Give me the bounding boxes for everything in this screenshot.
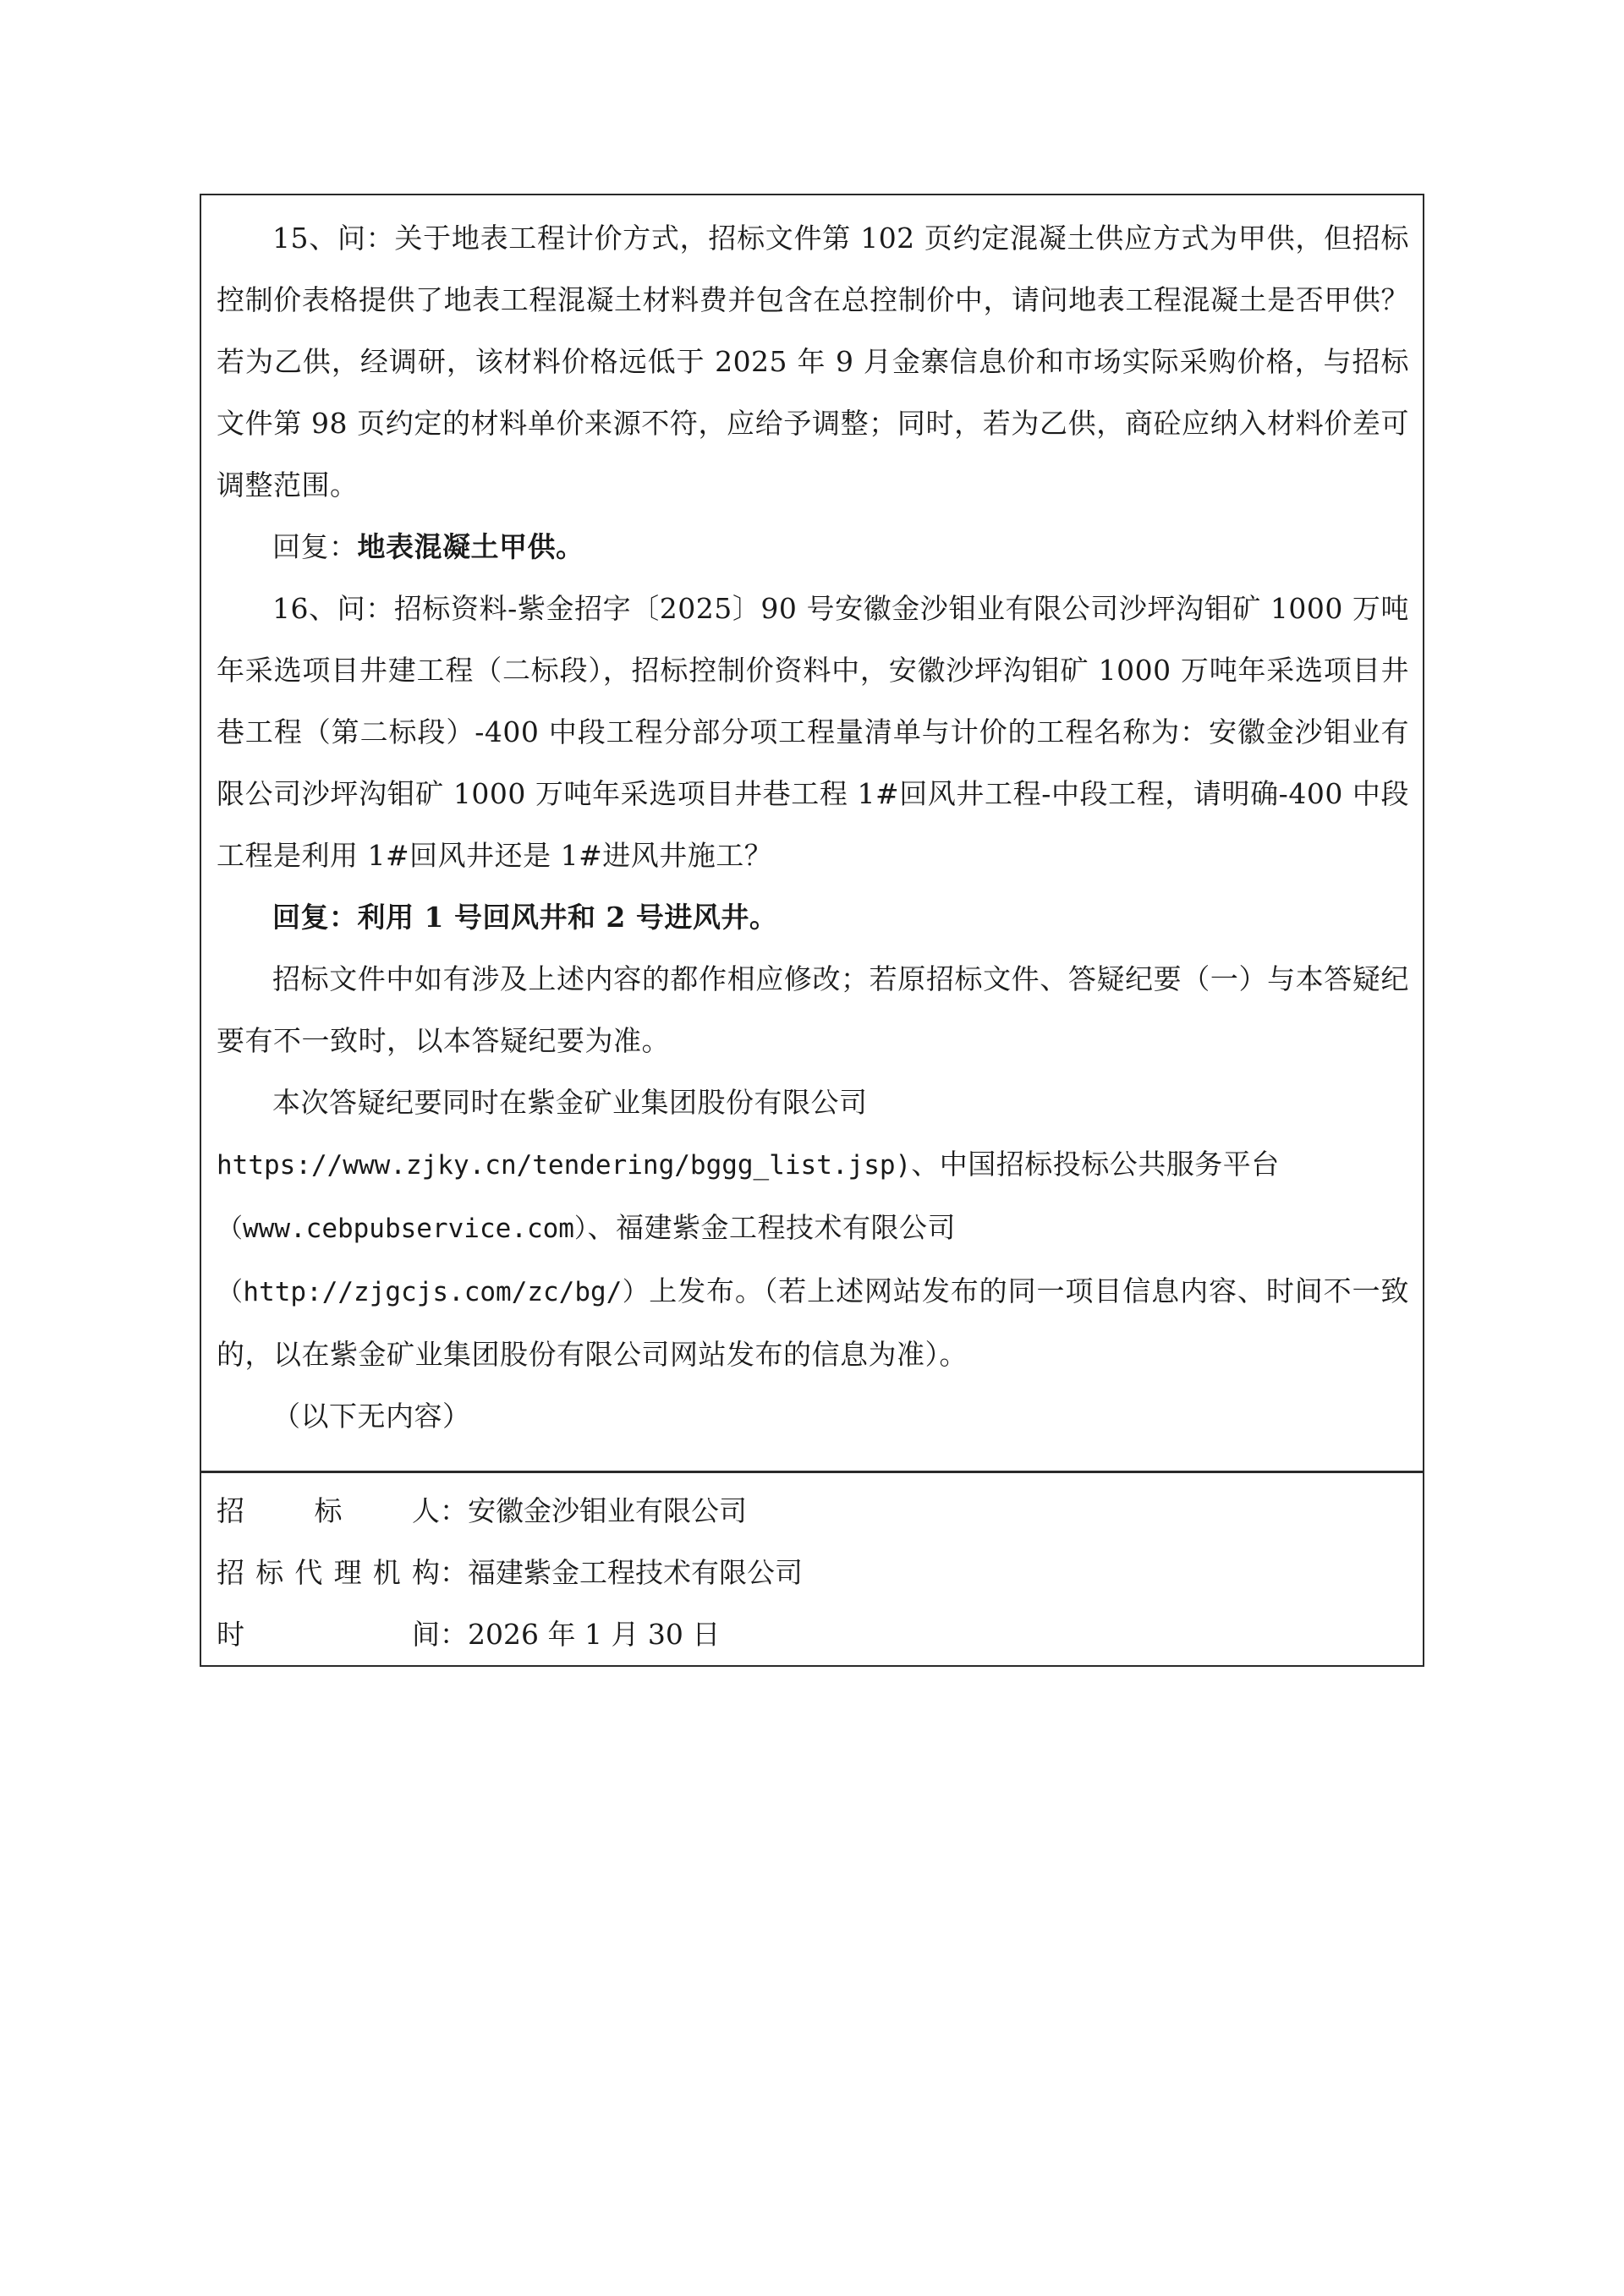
qa-minutes-table: 15、问：关于地表工程计价方式，招标文件第 102 页约定混凝土供应方式为甲供，… bbox=[200, 194, 1424, 1667]
agency-colon: ： bbox=[440, 1542, 468, 1603]
question-16: 16、问：招标资料-紫金招字〔2025〕90 号安徽金沙钼业有限公司沙坪沟钼矿 … bbox=[217, 578, 1409, 886]
tenderer-row: 招 标 人：安徽金沙钼业有限公司 bbox=[217, 1480, 1409, 1542]
publication-line-2: https://www.zjky.cn/tendering/bggg_list.… bbox=[217, 1133, 1409, 1197]
end-note: （以下无内容） bbox=[217, 1385, 1409, 1447]
agency-value: 福建紫金工程技术有限公司 bbox=[468, 1542, 803, 1603]
cebpubservice-link[interactable]: （www.cebpubservice.com） bbox=[217, 1214, 587, 1244]
publication-mid-1: 、中国招标投标公共服务平台 bbox=[911, 1148, 1280, 1181]
zjgcjs-link[interactable]: （http://zjgcjs.com/zc/bg/） bbox=[217, 1277, 649, 1307]
reply-15: 回复：地表混凝土甲供。 bbox=[217, 516, 1409, 578]
signature-cell: 招 标 人：安徽金沙钼业有限公司 招标代理机构：福建紫金工程技术有限公司 时 间… bbox=[201, 1473, 1423, 1665]
agency-label: 招标代理机构 bbox=[217, 1542, 440, 1603]
date-label: 时 间 bbox=[217, 1603, 440, 1665]
publication-line-4: （http://zjgcjs.com/zc/bg/）上发布。（若上述网站发布的同… bbox=[217, 1260, 1409, 1385]
tenderer-colon: ： bbox=[440, 1480, 468, 1542]
zjky-link[interactable]: https://www.zjky.cn/tendering/bggg_list.… bbox=[217, 1150, 911, 1181]
qa-content-cell: 15、问：关于地表工程计价方式，招标文件第 102 页约定混凝土供应方式为甲供，… bbox=[201, 195, 1423, 1473]
reply-15-label: 回复： bbox=[272, 530, 358, 563]
amendment-note: 招标文件中如有涉及上述内容的都作相应修改；若原招标文件、答疑纪要（一）与本答疑纪… bbox=[217, 948, 1409, 1071]
publication-mid-2: 、福建紫金工程技术有限公司 bbox=[587, 1211, 956, 1244]
reply-15-text: 地表混凝土甲供。 bbox=[358, 530, 584, 563]
question-15: 15、问：关于地表工程计价方式，招标文件第 102 页约定混凝土供应方式为甲供，… bbox=[217, 207, 1409, 516]
publication-line-3: （www.cebpubservice.com）、福建紫金工程技术有限公司 bbox=[217, 1197, 1409, 1260]
reply-16: 回复：利用 1 号回风井和 2 号进风井。 bbox=[217, 886, 1409, 948]
publication-intro: 本次答疑纪要同时在紫金矿业集团股份有限公司 bbox=[217, 1071, 1409, 1133]
date-row: 时 间：2026 年 1 月 30 日 bbox=[217, 1603, 1409, 1665]
tenderer-label: 招 标 人 bbox=[217, 1480, 440, 1542]
tenderer-value: 安徽金沙钼业有限公司 bbox=[468, 1480, 747, 1542]
date-value: 2026 年 1 月 30 日 bbox=[468, 1603, 720, 1665]
agency-row: 招标代理机构：福建紫金工程技术有限公司 bbox=[217, 1542, 1409, 1603]
date-colon: ： bbox=[440, 1603, 468, 1665]
